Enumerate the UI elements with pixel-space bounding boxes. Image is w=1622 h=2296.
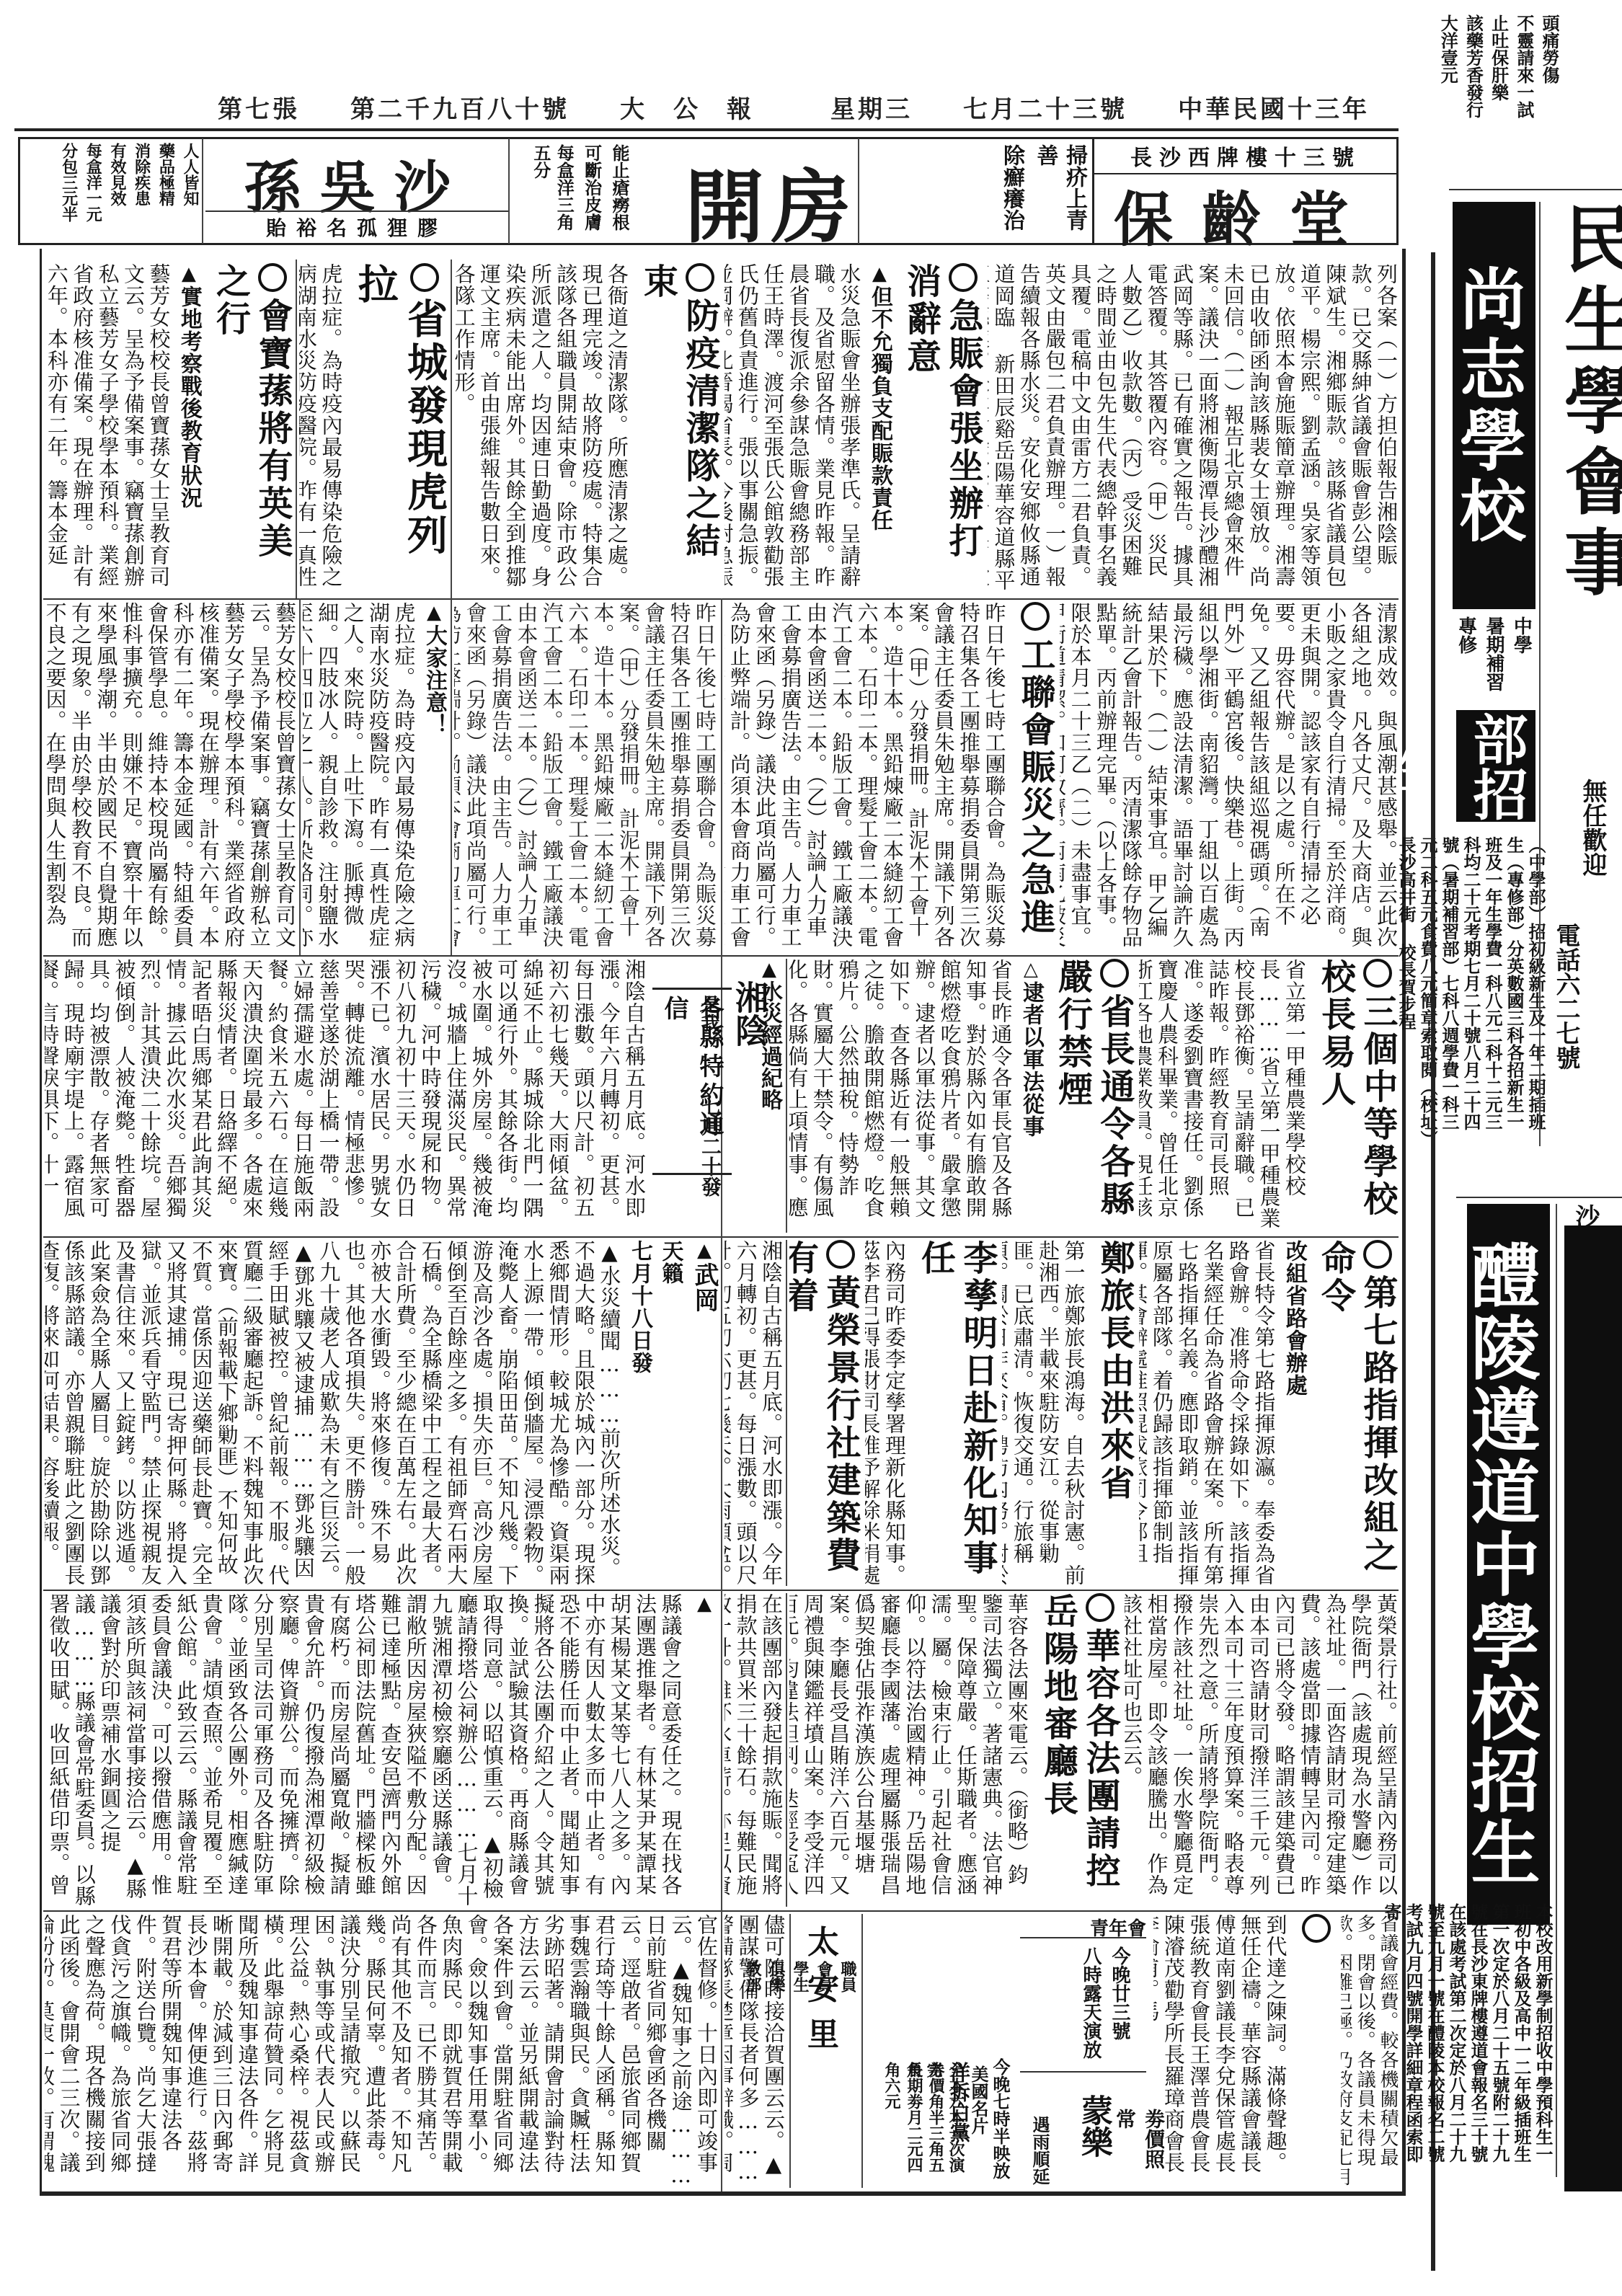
- article-xiangyin-flood: 湘陰自古稱五月底。河水即漲。今年六月轉初。更甚。每日漲數。頭以尺計。初五初六初七…: [45, 959, 647, 1233]
- ad-sunwu-lines: 人人皆知 藥品極精 消除疾患 有效見效 每盒洋一元 分包三元半: [22, 143, 200, 241]
- article-zheng-brigade: 鄭旅長由洪來省 第一旅鄭旅長鴻海。自去秋討憲。前赴湘西。半載來駐防安江。從事勦匪…: [1002, 1240, 1135, 1586]
- article-opium-ban: 省長通令各縣嚴行禁煙 △逮者以軍法從事 省長昨通令各軍長官及各縣知事。對於縣內如…: [789, 959, 1135, 1233]
- school1-details: （中學部）招初級新生及一年二期插班生（專修部）分英數國三科各招新生一班及一年生學…: [1449, 836, 1546, 1146]
- article-cholera-cont: ▲大家注意！ 虎拉症。為時疫內最易傳染危險之病湖南水災防疫醫院。昨有一真性虎症之…: [303, 602, 447, 952]
- school1-dept-small: 中學 暑期補習 專修: [1453, 616, 1535, 703]
- article-li-appointment: 李孳明日赴新化知事任 內務司昨委李定孳署理新化縣知事。茲李君已得張財司長准予解除…: [865, 1240, 998, 1586]
- sponsor: 會員: [813, 1961, 836, 2018]
- corner-ad-line: 該藥芳香發行: [1462, 14, 1484, 123]
- ad-divider: [508, 138, 510, 244]
- time-line: 八時露天演放: [1078, 1946, 1104, 2059]
- article-body: 列各案（一）方担伯報告湘陰賑款。已交縣紳省議會賑會彭公望。陳斌生。湘鄉賑款。該縣…: [988, 263, 1399, 595]
- article-body: 虎拉症。為時疫內最易傳染危險之病湖南水災防疫醫院。昨有一真性虎症之人。來院時。上…: [303, 602, 416, 952]
- school1-name-block: 尚志學校: [1453, 202, 1535, 609]
- col-divider: [299, 598, 301, 955]
- ad-line: 每盒洋一元: [82, 143, 104, 241]
- circle-bullet-icon: [826, 1240, 855, 1269]
- ad-divider: [1020, 2071, 1146, 2073]
- article-guard-resign: 儘可隨時接洽賀團云云。▲團謀警備隊長者何多………警備隊長楚章因事辭職。周知事曾委…: [724, 1914, 786, 2188]
- dept-label: 中學: [1508, 616, 1535, 703]
- rain-note: 遇雨順延: [1027, 2116, 1052, 2185]
- article-huarong-court: 華容各法團請控岳陽地審廳長 華容各法團來電云。（銜略）鈞鑒司法獨立。著諸憲典。法…: [789, 1593, 1121, 1907]
- school1-recruit-block: 部招生: [1456, 710, 1535, 822]
- article-headline: 省城發現虎列拉: [350, 263, 449, 595]
- article-three-principals: 三個中等學校校長易人 省立第一甲種農業學校校長………省立第一甲種農業校長鄧裕衡。…: [1139, 959, 1399, 1233]
- corner-ad-line: 頭痛勞傷: [1538, 14, 1561, 123]
- circle-bullet-icon: [1086, 1593, 1114, 1622]
- corner-ad: 頭痛勞傷 不靈請來一試 止吐保肝樂 該藥芳香發行 大洋壹元: [1409, 14, 1561, 123]
- col-divider: [451, 598, 452, 955]
- ad-divider: [1092, 138, 1094, 244]
- corner-ad-line: 止吐保肝樂: [1487, 14, 1510, 123]
- circle-bullet-icon: [1363, 1240, 1392, 1269]
- article-labor-relief-cont: 昨日午後七時工團聯合會。為賑災募特召集各工團推舉募捐委員開第三次會議主任委員朱勉…: [454, 602, 717, 952]
- cholera-alert: ▲大家注意！: [420, 602, 447, 952]
- article-body: 昨日午後七時工團聯合會。為賑災募特召集各工團推舉募捐委員開第三次會議主任委員朱勉…: [724, 602, 1006, 952]
- article-headline: 工聯會賑災之急進: [1014, 602, 1056, 952]
- film-time: 今晚七時半映放: [988, 2058, 1013, 2179]
- article-huang-fund: 黃榮景行社建築費有着 ▲社址亦撥定學院衙門: [789, 1240, 861, 1586]
- ad-remedy-lines: 掃疥上青善 除癬癢治: [861, 144, 1089, 238]
- article-body: 省長昨通令各軍長官及各縣知事。對於縣內如有膽敢開館燃燈吃食鴉片者。嚴拿懲辦。逮者…: [789, 959, 1013, 1233]
- col-divider: [296, 260, 297, 598]
- article-body: 到代達之陳詞。滿條聲趣。無任企禱。華容縣議會議長傅道南劉議長李兌保管處長張統教育…: [1153, 1914, 1288, 2188]
- col-divider: [861, 1914, 863, 2188]
- special-correspondence-label: 各縣特約通信: [652, 988, 732, 1175]
- page-bottom-border: [40, 2191, 1406, 2196]
- article-headline: [1295, 1914, 1337, 2188]
- col-divider: [451, 260, 452, 598]
- article-county-council: 官佐督修。十日內即可竣事云。▲魏知事之前途………日前駐省同鄉會函各機關云。逕啟者…: [45, 1914, 719, 2188]
- reporter-name: 天籟: [657, 1240, 683, 1586]
- article-seventh-route: 第七路指揮改組之命令 改組省路會辦處 省長特令第七路指揮源瀛。奉委為省路會辦。准…: [1139, 1240, 1399, 1586]
- article-headline: 防疫清潔隊之結束: [637, 263, 721, 595]
- article-subhead: 改組省路會辦處: [1280, 1240, 1307, 1586]
- music-label: 蒙樂: [1071, 2094, 1117, 2158]
- article-body: 各衙道之清潔隊。所應清潔之處。現已理完竣。故將防疫處。特集合該隊各組職員開結束會…: [454, 263, 629, 595]
- article-relief-fund: 在該團部內發起捐款施賑。聞將捐款共買米三十餘石。每難民施放一升。雖杯水車薪。亦足…: [724, 1593, 784, 1907]
- ad-sunwu-subtitle: 貽裕名孤狸膠: [205, 215, 508, 242]
- article-body: 虎拉症。為時疫內最易傳染危險之病湖南水災防疫醫院。昨有一真性虎症之人。來院時。上…: [299, 263, 343, 595]
- dispatch-date: 七月十八日發: [626, 1240, 652, 1586]
- article-body: 華容各法團來電云。（銜略）鈞鑒司法獨立。著諸憲典。法官神聖。保障尊嚴。任斯職者。…: [789, 1593, 1029, 1907]
- article-body: 藝芳女校校長曾寶蓀女士呈教育司文云。呈為予備案事。竊寶蓀創辦私立藝芳女子學校學本…: [45, 263, 171, 595]
- dept-label: 專修: [1453, 616, 1480, 703]
- school2-details: 本校改用新學制招收中學預科生一班初中各級及高中一二年級插班生第一次定於八月二十五…: [1453, 1903, 1554, 2177]
- page-left-border: [40, 249, 42, 2191]
- article-headline: 黃榮景行社建築費有着: [789, 1240, 861, 1586]
- ad-line: 每盒洋三角五分: [528, 144, 575, 238]
- page-label: 第七張: [218, 89, 300, 125]
- tonight-line: 今晚廿三號: [1107, 1946, 1133, 2040]
- article-relief-report: 列各案（一）方担伯報告湘陰賑款。已交縣紳省議會賑會彭公望。陳斌生。湘鄉賑款。該縣…: [988, 263, 1399, 595]
- corner-ad-line: 大洋壹元: [1437, 14, 1459, 123]
- article-body: 縣議會之同意委任之。現在找各法團選推舉者。有林某尹某譚某胡某楊某文某等七八人之多…: [45, 1593, 683, 1907]
- ad-line: 有效見效: [106, 143, 128, 241]
- right-col-top-rule: [1449, 189, 1622, 190]
- weekday: 星期三: [830, 89, 913, 125]
- col-divider: [789, 1914, 791, 2188]
- article-baosun-visit: 會寶蓀將有英美之行 ▲實地考察戰後教育狀況 藝芳女校校長曾寶蓀女士呈教育司文云。…: [45, 263, 293, 595]
- article-baosun-cont: 藝芳女校校長曾寶蓀女士呈教育司文云。呈為予備案事。竊寶蓀創辦私立藝芳女子學校學本…: [45, 602, 297, 952]
- article-headline: 華容各法團請控岳陽地審廳長: [1037, 1593, 1121, 1907]
- ad-line: 除癬癢治: [997, 144, 1027, 238]
- masthead: 第七張 第二千九百八十號 大公報 星期三 七月二十三號 中華民國十三年: [22, 85, 1370, 128]
- ad-divider: [205, 210, 508, 212]
- sponsors-list: 職員 會員 學生 俱樂 教部: [793, 1961, 859, 2018]
- article-body: 官佐督修。十日內即可竣事云。▲魏知事之前途………日前駐省同鄉會函各機關云。逕啟者…: [45, 1914, 719, 2188]
- circle-bullet-icon: [949, 263, 978, 292]
- ad-line: 掃疥上青善: [1030, 144, 1089, 238]
- article-body: 黃榮景行社。前經呈請內務司以學院衙門（該處現為水警廳）作為社址。一面咨請財司撥定…: [1125, 1593, 1399, 1907]
- article-headline: 第七路指揮改組之命令: [1314, 1240, 1399, 1586]
- welcome-text: 無任歡迎: [1575, 779, 1610, 877]
- dept-label: 暑期補習: [1481, 616, 1507, 703]
- article-cholera: 省城發現虎列拉 虎拉症。為時疫內最易傳染危險之病湖南水災防疫醫院。昨有一真性虎症…: [299, 263, 449, 595]
- ad-divider: [1020, 1937, 1146, 1938]
- article-labor-relief: 工聯會賑災之急進 昨日午後七時工團聯合會。為賑災募特召集各工團推舉募捐委員開第三…: [724, 602, 1056, 952]
- region-wugang: ▲武岡: [689, 1240, 719, 1586]
- sponsor: 職員: [837, 1961, 859, 2018]
- article-epidemic-team: 防疫清潔隊之結束 各衙道之清潔隊。所應清潔之處。現已理完竣。故將防疫處。特集合該…: [454, 263, 721, 595]
- right-col-mid-rule: [1456, 1197, 1622, 1198]
- article-body: 內務司昨委李定孳署理新化縣知事。茲李君已得張財司長准予解除米捐處主任職務。定於明…: [865, 1240, 907, 1586]
- article-body: ▲水災續聞………前次所述水災。不過大略。且限於城內一部分。現探悉鄉間情形。較城尤…: [45, 1240, 621, 1586]
- sponsor: 學生: [789, 1961, 812, 2018]
- article-headline: 三個中等學校校長易人: [1314, 959, 1399, 1233]
- ad-line: 可斷治皮膚: [580, 144, 603, 238]
- article-headline: 鄭旅長由洪來省: [1093, 1240, 1135, 1586]
- circle-bullet-icon: [1021, 602, 1050, 631]
- article-body: 第一旅鄭旅長鴻海。自去秋討憲。前赴湘西。半載來駐防安江。從事勦匪。已底肅清。恢復…: [1002, 1240, 1086, 1586]
- circle-bullet-icon: [258, 263, 287, 292]
- article-subhead: ▲但不允獨負支配賑款責任: [866, 263, 892, 595]
- phone-number: 六二七號: [1551, 972, 1580, 1070]
- article-headline: 省長通令各縣嚴行禁煙: [1051, 959, 1135, 1233]
- phone-label: 電話六二七號: [1548, 923, 1584, 1070]
- col-divider: [786, 1593, 787, 1907]
- article-assembly-dinner: 到代達之陳詞。滿條聲趣。無任企禱。華容縣議會議長傅道南劉議長李兌保管處長張統教育…: [1153, 1914, 1337, 2188]
- article-headline: 會寶蓀將有英美之行: [209, 263, 293, 595]
- masthead-rule: [14, 128, 1399, 131]
- article-relief-chair: 急賑會張坐辦打消辭意 ▲但不允獨負支配賑款責任 水災急賑會坐辦張孝準氏。呈請辭職…: [724, 263, 984, 595]
- article-body: 省立第一甲種農業學校校長………省立第一甲種農業校長鄧裕衡。呈請辭職。已誌昨報。昨…: [1139, 959, 1307, 1233]
- article-xiangtan-news: ▲ 縣議會之同意委任之。現在找各法團選推舉者。有林某尹某譚某胡某楊某文某等七八人…: [45, 1593, 719, 1907]
- article-body: 湘陰自古稱五月底。河水即漲。今年六月轉初。更甚。每日漲數。頭以尺計。初五初六初七…: [45, 959, 647, 1233]
- issue-number: 第二千九百八十號: [350, 89, 570, 125]
- article-body: 在該團部內發起捐款施賑。聞將捐款共買米三十餘石。每難民施放一升。雖杯水車薪。亦足…: [724, 1593, 784, 1907]
- ad-baoling-tang: 長沙西牌樓十三號 保齡堂: [1094, 144, 1397, 238]
- ad-title: 保齡堂: [1094, 173, 1397, 257]
- ad-remedy-title: 開房: [634, 144, 858, 258]
- right-col-divider: [1539, 202, 1541, 1146]
- film-season-pass: 長期劵月二元四角六元: [881, 2062, 926, 2188]
- article-misc-bottom: 省議會經費。較各機關積欠最多。閉會以後。各議員未得現款。困難已極。乃政府支配七月…: [1341, 1914, 1399, 2188]
- circle-bullet-icon: [1100, 959, 1129, 988]
- date-month-day: 七月二十三號: [963, 89, 1127, 125]
- region-xiangyin: 湘陰: [726, 980, 774, 1047]
- article-body: 昨日午後七時工團聯合會。為賑災募特召集各工團推舉募捐委員開第三次會議主任委員朱勉…: [454, 602, 717, 952]
- article-headline: 急賑會張坐辦打消辭意: [900, 263, 984, 595]
- side-banner-block: [1564, 1225, 1622, 2191]
- article-cleanup-result: 清潔成效。與風潮甚感舉。並云此次各組之地。凡各丈尺。及大商店。與小販之家貴令自行…: [1060, 602, 1399, 952]
- article-huang-fund-body: 黃榮景行社。前經呈請內務司以學院衙門（該處現為水警廳）作為社址。一面咨請財司撥定…: [1125, 1593, 1399, 1907]
- corner-ad-line: 不靈請來一試: [1513, 14, 1535, 123]
- article-body: 清潔成效。與風潮甚感舉。並云此次各組之地。凡各丈尺。及大商店。與小販之家貴令自行…: [1060, 602, 1399, 952]
- ticket-info: 劵價照常: [1110, 2109, 1168, 2188]
- article-headline: 李孳明日赴新化知事任: [914, 1240, 998, 1586]
- article-body: 儘可隨時接洽賀團云云。▲團謀警備隊長者何多………警備隊長楚章因事辭職。周知事曾委…: [724, 1914, 786, 2188]
- circle-bullet-icon: [410, 263, 439, 292]
- ad-address: 長沙西牌樓十三號: [1094, 144, 1397, 174]
- ad-remedy-left-lines: 能止瘡癆根 可斷治皮膚 每盒洋三角五分: [512, 144, 631, 238]
- ad-line: 人人皆知: [179, 143, 200, 241]
- right-col-divider: [1556, 1204, 1557, 2177]
- region-xiangtan: ▲: [689, 1593, 719, 1907]
- ad-divider: [858, 138, 859, 244]
- col-divider: [786, 959, 787, 1233]
- xiangyin-header: ▲水災經過紀略 湘陰: [724, 959, 784, 1233]
- school2-name-block: 醴陵遵道中學校招生: [1467, 1204, 1550, 1925]
- article-body: 藝芳女校校長曾寶蓀女士呈教育司文云。呈為予備案事。竊寶蓀創辦私立藝芳女子學校學本…: [45, 602, 297, 952]
- date-republic: 中華民國十三年: [1178, 89, 1370, 125]
- banner-text: 民生學會事: [1543, 202, 1622, 606]
- col-divider: [786, 1240, 787, 1586]
- cinema-ad: 青年會 今晚廿三號 八時露天演放 劵價照常 蒙樂 遇雨順延 今晚七時半映放 美國…: [865, 1914, 1150, 2188]
- ad-line: 分包三元半: [58, 143, 79, 241]
- article-body: 省議會經費。較各機關積欠最多。閉會以後。各議員未得現款。困難已極。乃政府支配七月…: [1341, 1914, 1399, 2188]
- article-subhead: △逮者以軍法從事: [1017, 959, 1044, 1233]
- article-subhead: ▲實地考察戰後教育狀況: [175, 263, 202, 595]
- section-divider: [721, 598, 722, 2191]
- circle-bullet-icon: [1363, 959, 1392, 988]
- article-body: 湘陰自古稱五月底。河水即漲。今年六月轉初。更甚。每日漲數。頭以尺計。初五初六初七…: [724, 1240, 784, 1586]
- ad-line: 能止瘡癆根: [608, 144, 631, 238]
- ad-divider: [202, 138, 203, 244]
- article-body: 省長特令第七路指揮源瀛。奉委為省路會辦。准將命令採錄如下。該指揮名業經任命為省路…: [1139, 1240, 1276, 1586]
- ad-line: 藥品極精: [155, 143, 177, 241]
- circle-bullet-icon: [1302, 1914, 1331, 1943]
- circle-bullet-icon: [686, 263, 714, 292]
- ad-line: 消除疾患: [130, 143, 152, 241]
- article-xiangyin-cont: 湘陰自古稱五月底。河水即漲。今年六月轉初。更甚。每日漲數。頭以尺計。初五初六初七…: [724, 1240, 784, 1586]
- article-body: 水災急賑會坐辦張孝準氏。呈請辭職。及省慰留各情。業見昨報。昨晨省長復派余參謀急賑…: [724, 263, 861, 595]
- paper-name: 大公報: [620, 89, 780, 125]
- article-wugang-flood: ▲武岡 天籟 七月十八日發 ▲水災續聞………前次所述水災。不過大略。且限於城內一…: [45, 1240, 719, 1586]
